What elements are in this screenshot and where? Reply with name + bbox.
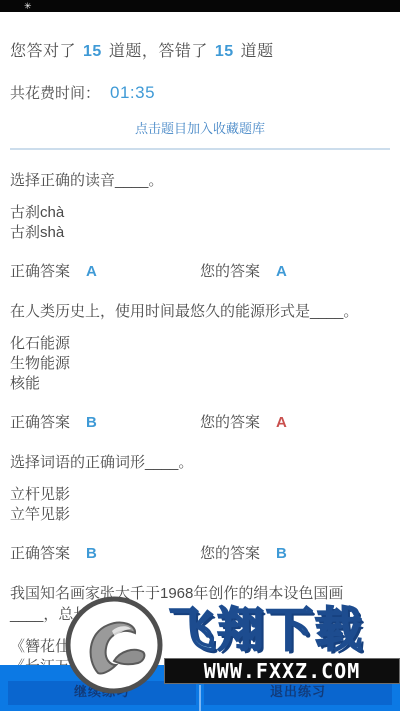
user-answer-label: 您的答案 (200, 545, 260, 562)
watermark-url-band: WWW.FXXZ.COM (164, 658, 400, 684)
watermark-url: WWW.FXXZ.COM (204, 659, 361, 683)
option: 立杆见影 (10, 485, 390, 505)
correct-answer-value: A (86, 263, 97, 280)
status-bar: ✳ (0, 0, 400, 12)
correct-answer-value: B (86, 545, 97, 562)
user-answer-value: A (276, 263, 287, 280)
notification-icon: ✳ (24, 1, 32, 11)
add-to-favorites-link[interactable]: 点击题目加入收藏题库 (10, 118, 390, 137)
question-block-1: 选择正确的读音____。 古刹chà 古刹shà 正确答案A 您的答案A (10, 170, 390, 281)
question-block-3: 选择词语的正确词形____。 立杆见影 立竿见影 正确答案B 您的答案B (10, 452, 390, 563)
score-middle: 道题，答错了 (109, 43, 208, 60)
footer-divider (199, 685, 201, 711)
header-divider (10, 148, 390, 150)
question-text: 在人类历史上，使用时间最悠久的能源形式是____。 (10, 301, 390, 322)
score-summary: 您答对了15道题，答错了15道题 (10, 38, 390, 61)
time-spent: 共花费时间：01:35 (10, 82, 390, 103)
quiz-results-screen: ✳ 您答对了15道题，答错了15道题 共花费时间：01:35 点击题目加入收藏题… (0, 0, 400, 711)
wrong-count: 15 (215, 43, 234, 60)
question-text: 选择词语的正确词形____。 (10, 452, 390, 473)
score-suffix: 道题 (241, 43, 274, 60)
correct-answer-label: 正确答案 (10, 414, 70, 431)
watermark-title: 飞翔下载 (168, 603, 400, 657)
results-header: 您答对了15道题，答错了15道题 共花费时间：01:35 点击题目加入收藏题库 (0, 12, 400, 150)
user-answer-value: B (276, 545, 287, 562)
correct-count: 15 (83, 43, 102, 60)
options: 化石能源 生物能源 核能 (10, 334, 390, 394)
option: 化石能源 (10, 334, 390, 354)
answer-row: 正确答案B 您的答案B (10, 542, 390, 563)
option: 古刹chà (10, 203, 390, 223)
answer-row: 正确答案A 您的答案A (10, 260, 390, 281)
option: 古刹shà (10, 223, 390, 243)
user-answer-label: 您的答案 (200, 414, 260, 431)
correct-answer-value: B (86, 414, 97, 431)
exit-practice-button[interactable]: 退出练习 (204, 681, 392, 705)
score-prefix: 您答对了 (10, 43, 76, 60)
option: 立竿见影 (10, 505, 390, 525)
time-value: 01:35 (110, 83, 155, 102)
option: 核能 (10, 374, 390, 394)
options: 立杆见影 立竿见影 (10, 485, 390, 525)
question-block-2: 在人类历史上，使用时间最悠久的能源形式是____。 化石能源 生物能源 核能 正… (10, 301, 390, 432)
option: 生物能源 (10, 354, 390, 374)
time-label: 共花费时间： (10, 85, 100, 102)
user-answer-value: A (276, 414, 287, 431)
correct-answer-label: 正确答案 (10, 263, 70, 280)
question-text: 选择正确的读音____。 (10, 170, 390, 191)
correct-answer-label: 正确答案 (10, 545, 70, 562)
options: 古刹chà 古刹shà (10, 203, 390, 243)
answer-row: 正确答案B 您的答案A (10, 411, 390, 432)
user-answer-label: 您的答案 (200, 263, 260, 280)
fxxz-logo-icon (64, 595, 164, 695)
